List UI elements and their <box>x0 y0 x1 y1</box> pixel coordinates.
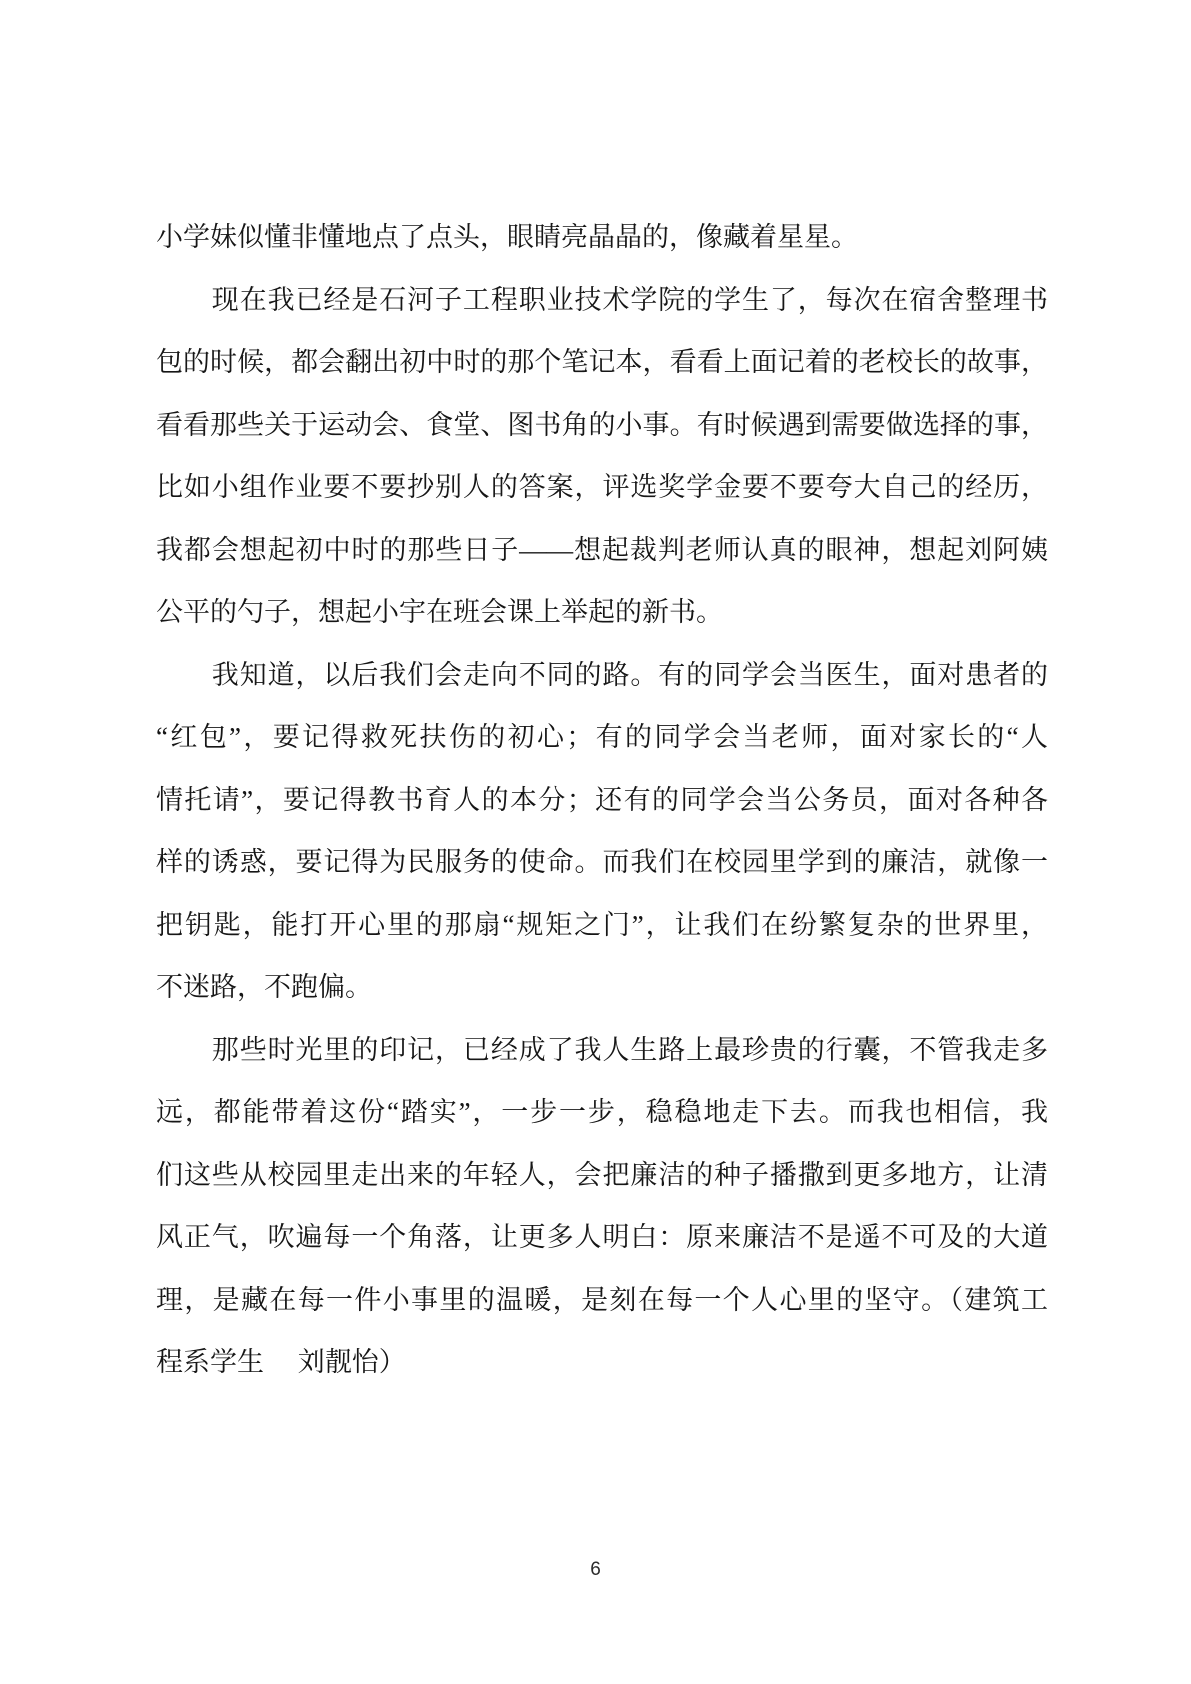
text-line: 远，都能带着这份“踏实”，一步一步，稳稳地走下去。而我也相信，我 <box>156 1081 1048 1144</box>
text-line: 小学妹似懂非懂地点了点头，眼睛亮晶晶的，像藏着星星。 <box>156 206 1048 269</box>
text-line: 我知道，以后我们会走向不同的路。有的同学会当医生，面对患者的 <box>156 644 1048 707</box>
text-line: 我都会想起初中时的那些日子——想起裁判老师认真的眼神，想起刘阿姨 <box>156 519 1048 582</box>
text-line: 程系学生 刘靓怡） <box>156 1331 1048 1394</box>
text-line: 风正气，吹遍每一个角落，让更多人明白：原来廉洁不是遥不可及的大道 <box>156 1206 1048 1269</box>
document-body: 小学妹似懂非懂地点了点头，眼睛亮晶晶的，像藏着星星。 现在我已经是石河子工程职业… <box>156 206 1048 1394</box>
text-line: 看看那些关于运动会、食堂、图书角的小事。有时候遇到需要做选择的事， <box>156 394 1048 457</box>
text-line: 情托请”，要记得教书育人的本分；还有的同学会当公务员，面对各种各 <box>156 769 1048 832</box>
text-line: 把钥匙，能打开心里的那扇“规矩之门”，让我们在纷繁复杂的世界里， <box>156 894 1048 957</box>
text-line: 现在我已经是石河子工程职业技术学院的学生了，每次在宿舍整理书 <box>156 269 1048 332</box>
text-line: 比如小组作业要不要抄别人的答案，评选奖学金要不要夸大自己的经历， <box>156 456 1048 519</box>
text-line: 公平的勺子，想起小宇在班会课上举起的新书。 <box>156 581 1048 644</box>
text-line: 那些时光里的印记，已经成了我人生路上最珍贵的行囊，不管我走多 <box>156 1019 1048 1082</box>
text-line: 们这些从校园里走出来的年轻人，会把廉洁的种子播撒到更多地方，让清 <box>156 1144 1048 1207</box>
text-line: 理，是藏在每一件小事里的温暖，是刻在每一个人心里的坚守。（建筑工 <box>156 1269 1048 1332</box>
text-line: 包的时候，都会翻出初中时的那个笔记本，看看上面记着的老校长的故事， <box>156 331 1048 394</box>
page-number: 6 <box>590 1559 601 1580</box>
document-page: 小学妹似懂非懂地点了点头，眼睛亮晶晶的，像藏着星星。 现在我已经是石河子工程职业… <box>0 0 1191 1684</box>
text-line: 样的诱惑，要记得为民服务的使命。而我们在校园里学到的廉洁，就像一 <box>156 831 1048 894</box>
text-line: 不迷路，不跑偏。 <box>156 956 1048 1019</box>
text-line: “红包”，要记得救死扶伤的初心；有的同学会当老师，面对家长的“人 <box>156 706 1048 769</box>
page-footer: 6 <box>0 1558 1191 1582</box>
